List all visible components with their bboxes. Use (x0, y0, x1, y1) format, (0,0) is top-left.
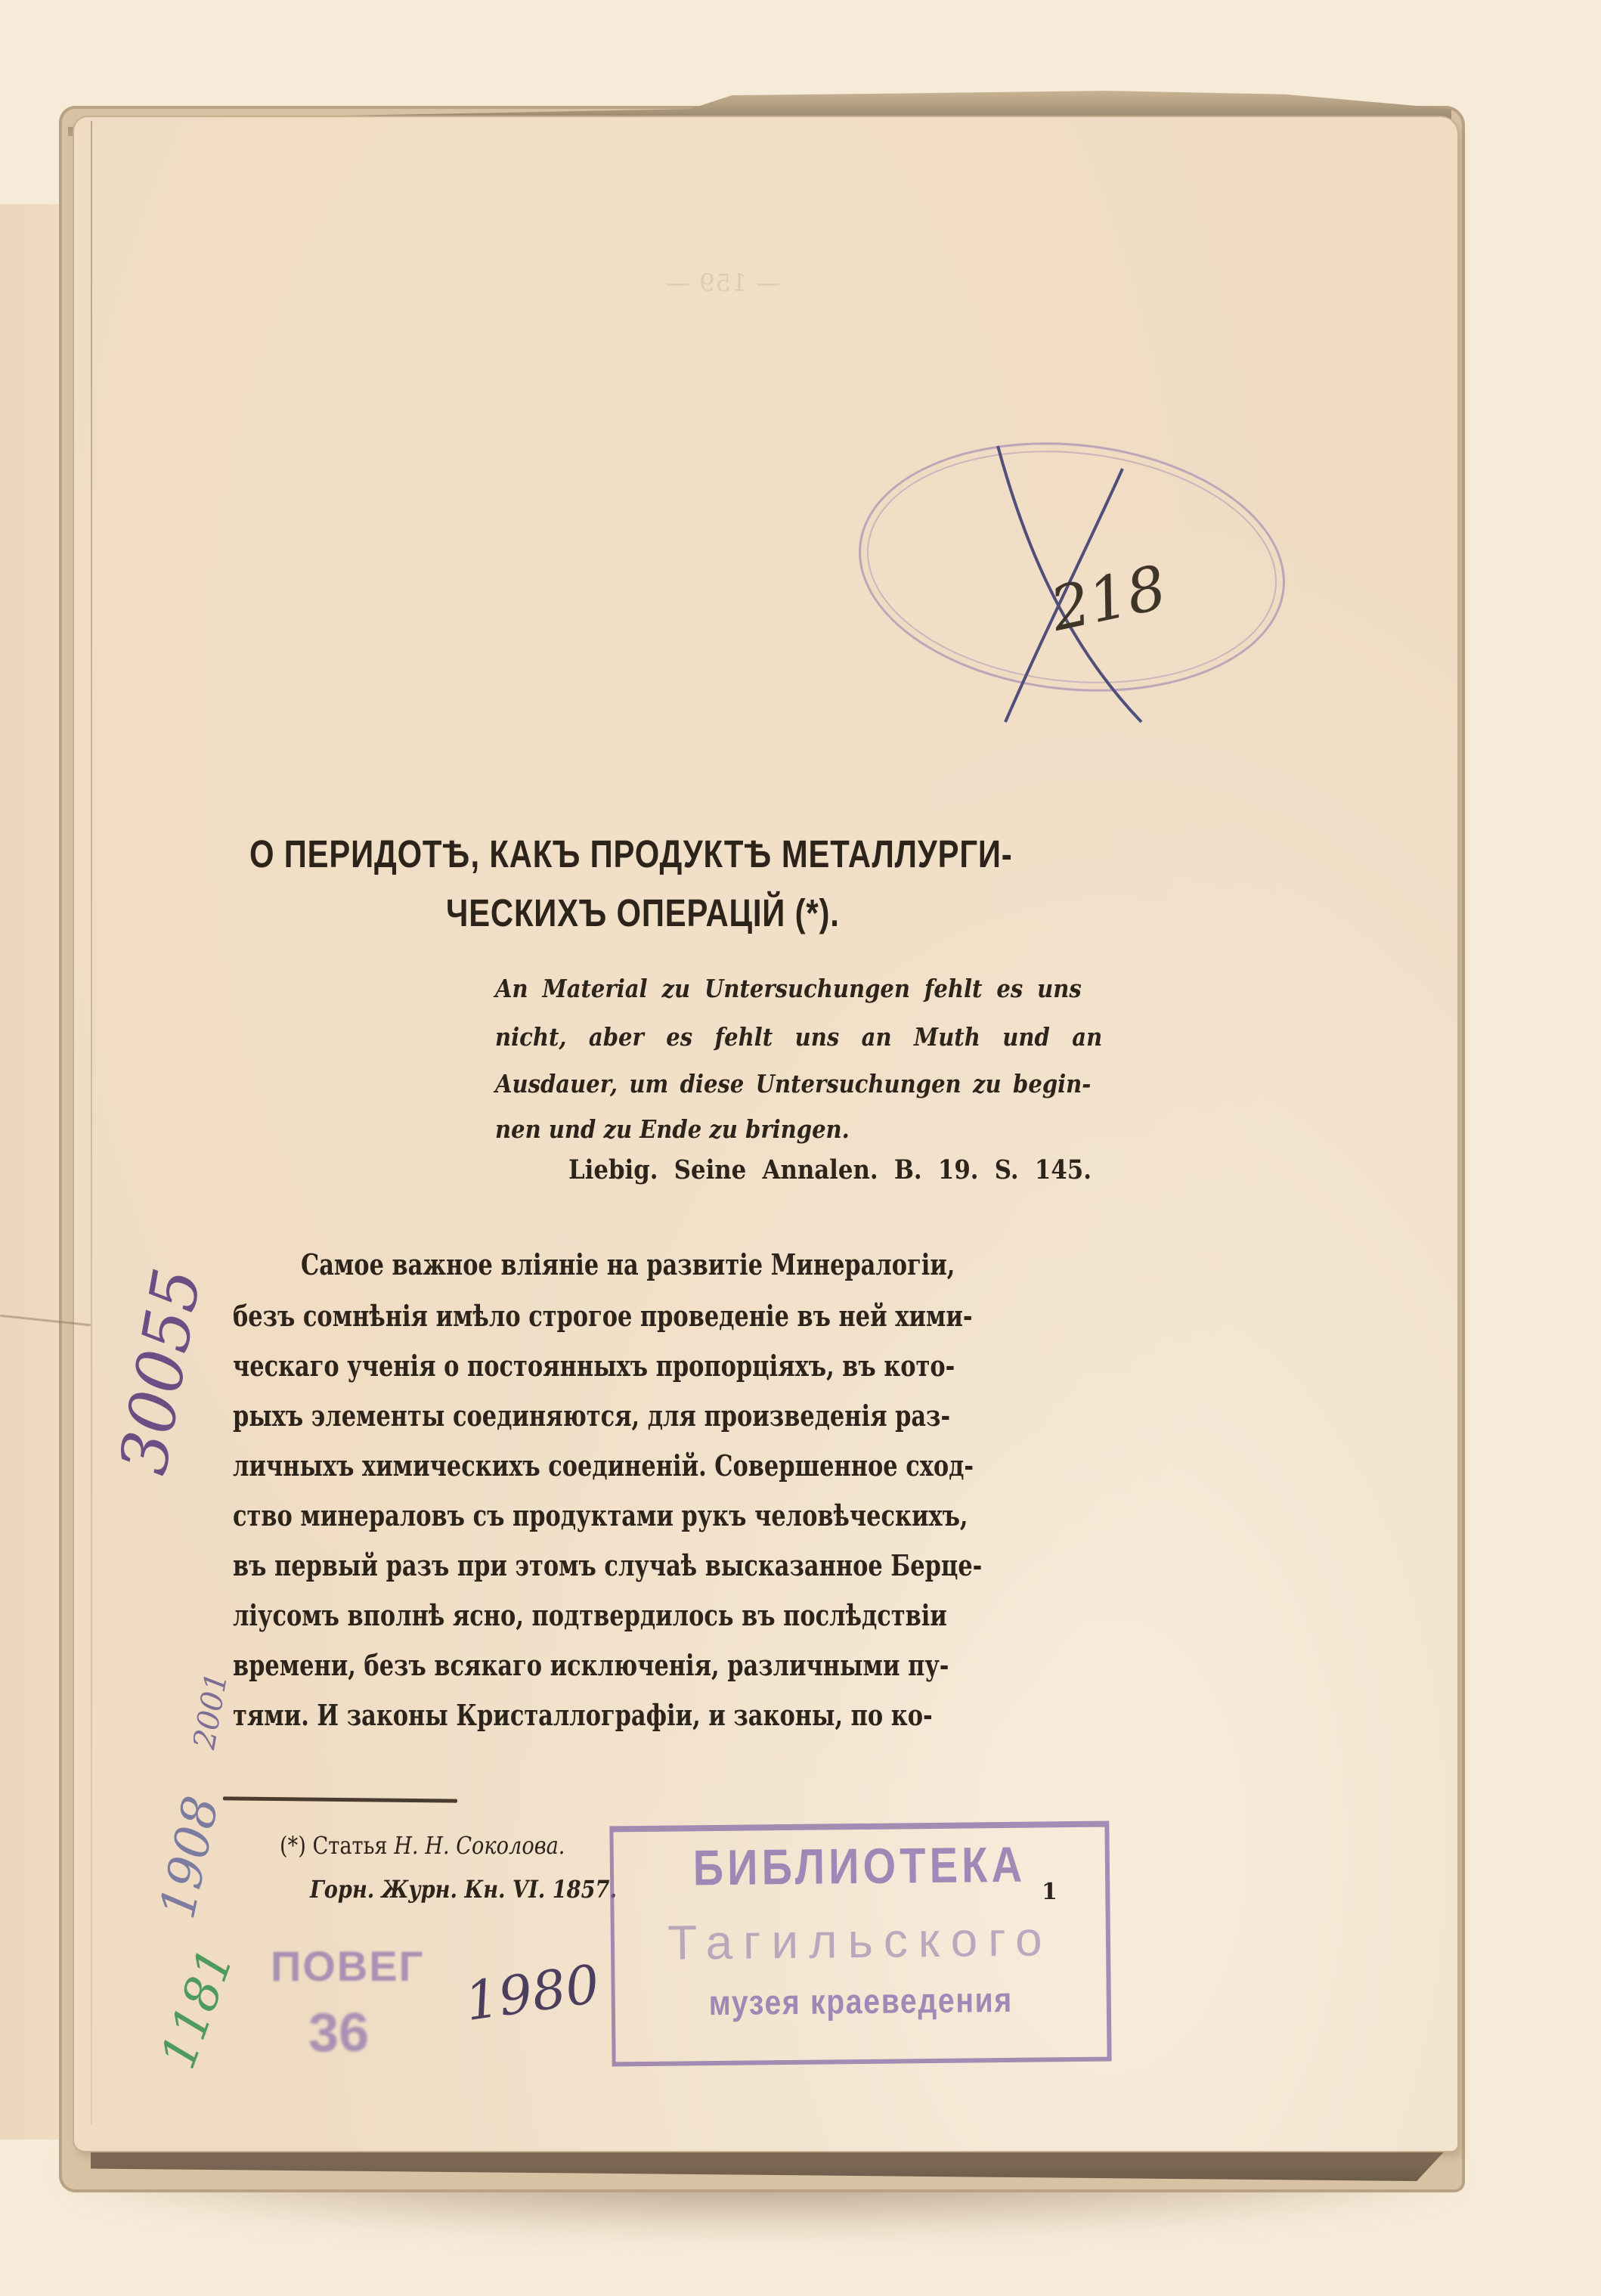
body-text-line: личныхъ химическихъ соединеній. Совершен… (233, 1449, 974, 1483)
body-text-line: ліусомъ вполнѣ ясно, подтвердилось въ по… (233, 1598, 947, 1632)
body-text-line: рыхъ элементы соединяются, для произведе… (233, 1399, 950, 1433)
footnote-author: Н. Н. Соколова. (394, 1831, 565, 1860)
body-text-line: безъ сомнѣнія имѣло строгое проведеніе в… (233, 1299, 972, 1333)
show-through-page-number: — 159 — (665, 268, 780, 297)
stamp-line-2: Тагильского (615, 1910, 1107, 1972)
footnote-marker: (*) (280, 1831, 306, 1860)
epigraph-line: nicht, aber es fehlt uns an Muth und an (495, 1022, 1174, 1052)
epigraph-line: Ausdauer, um diese Untersuchungen zu beg… (495, 1069, 1174, 1098)
article-title-line-2: ЧЕСКИХЪ ОПЕРАЦІЙ (*). (446, 891, 840, 935)
epigraph-line: nen und zu Ende zu bringen. (495, 1114, 1174, 1144)
footnote-line-1: (*) Статья Н. Н. Соколова. (280, 1831, 565, 1860)
library-stamp: БИБЛИОТЕКА Тагильского музея краеведения (609, 1821, 1111, 2067)
gutter-fold (91, 121, 92, 2124)
small-inventory-stamp: ПОВЕГ 36 (255, 1941, 422, 2085)
stamp-line-1: БИБЛИОТЕКА (650, 1835, 1068, 1897)
body-text-line: ческаго ученія о постоянныхъ пропорціяхъ… (233, 1349, 955, 1383)
article-title-line-1: О ПЕРИДОТѢ, КАКЪ ПРОДУКТѢ МЕТАЛЛУРГИ- (249, 832, 1012, 876)
epigraph-source: Liebig. Seine Annalen. B. 19. S. 145. (568, 1154, 1092, 1185)
body-text-line: ство минераловъ съ продуктами рукъ челов… (233, 1498, 968, 1532)
body-text-line: тями. И законы Кристаллографіи, и законы… (233, 1698, 933, 1732)
small-stamp-line-2: 36 (308, 2002, 369, 2064)
body-text-line: въ первый разъ при этомъ случаѣ высказан… (233, 1548, 982, 1582)
footnote-prefix: Статья (312, 1831, 387, 1860)
epigraph-line: An Material zu Untersuchungen fehlt es u… (495, 974, 1174, 1003)
body-text-line: времени, безъ всякаго исключенія, различ… (233, 1648, 949, 1682)
small-stamp-line-1: ПОВЕГ (271, 1941, 424, 1991)
stamp-line-3: музея краеведения (652, 1978, 1070, 2024)
body-text-line: Самое важное вліяніе на развитіе Минерал… (301, 1247, 955, 1281)
footnote-line-2: Горн. Журн. Кн. VI. 1857. (310, 1875, 617, 1904)
